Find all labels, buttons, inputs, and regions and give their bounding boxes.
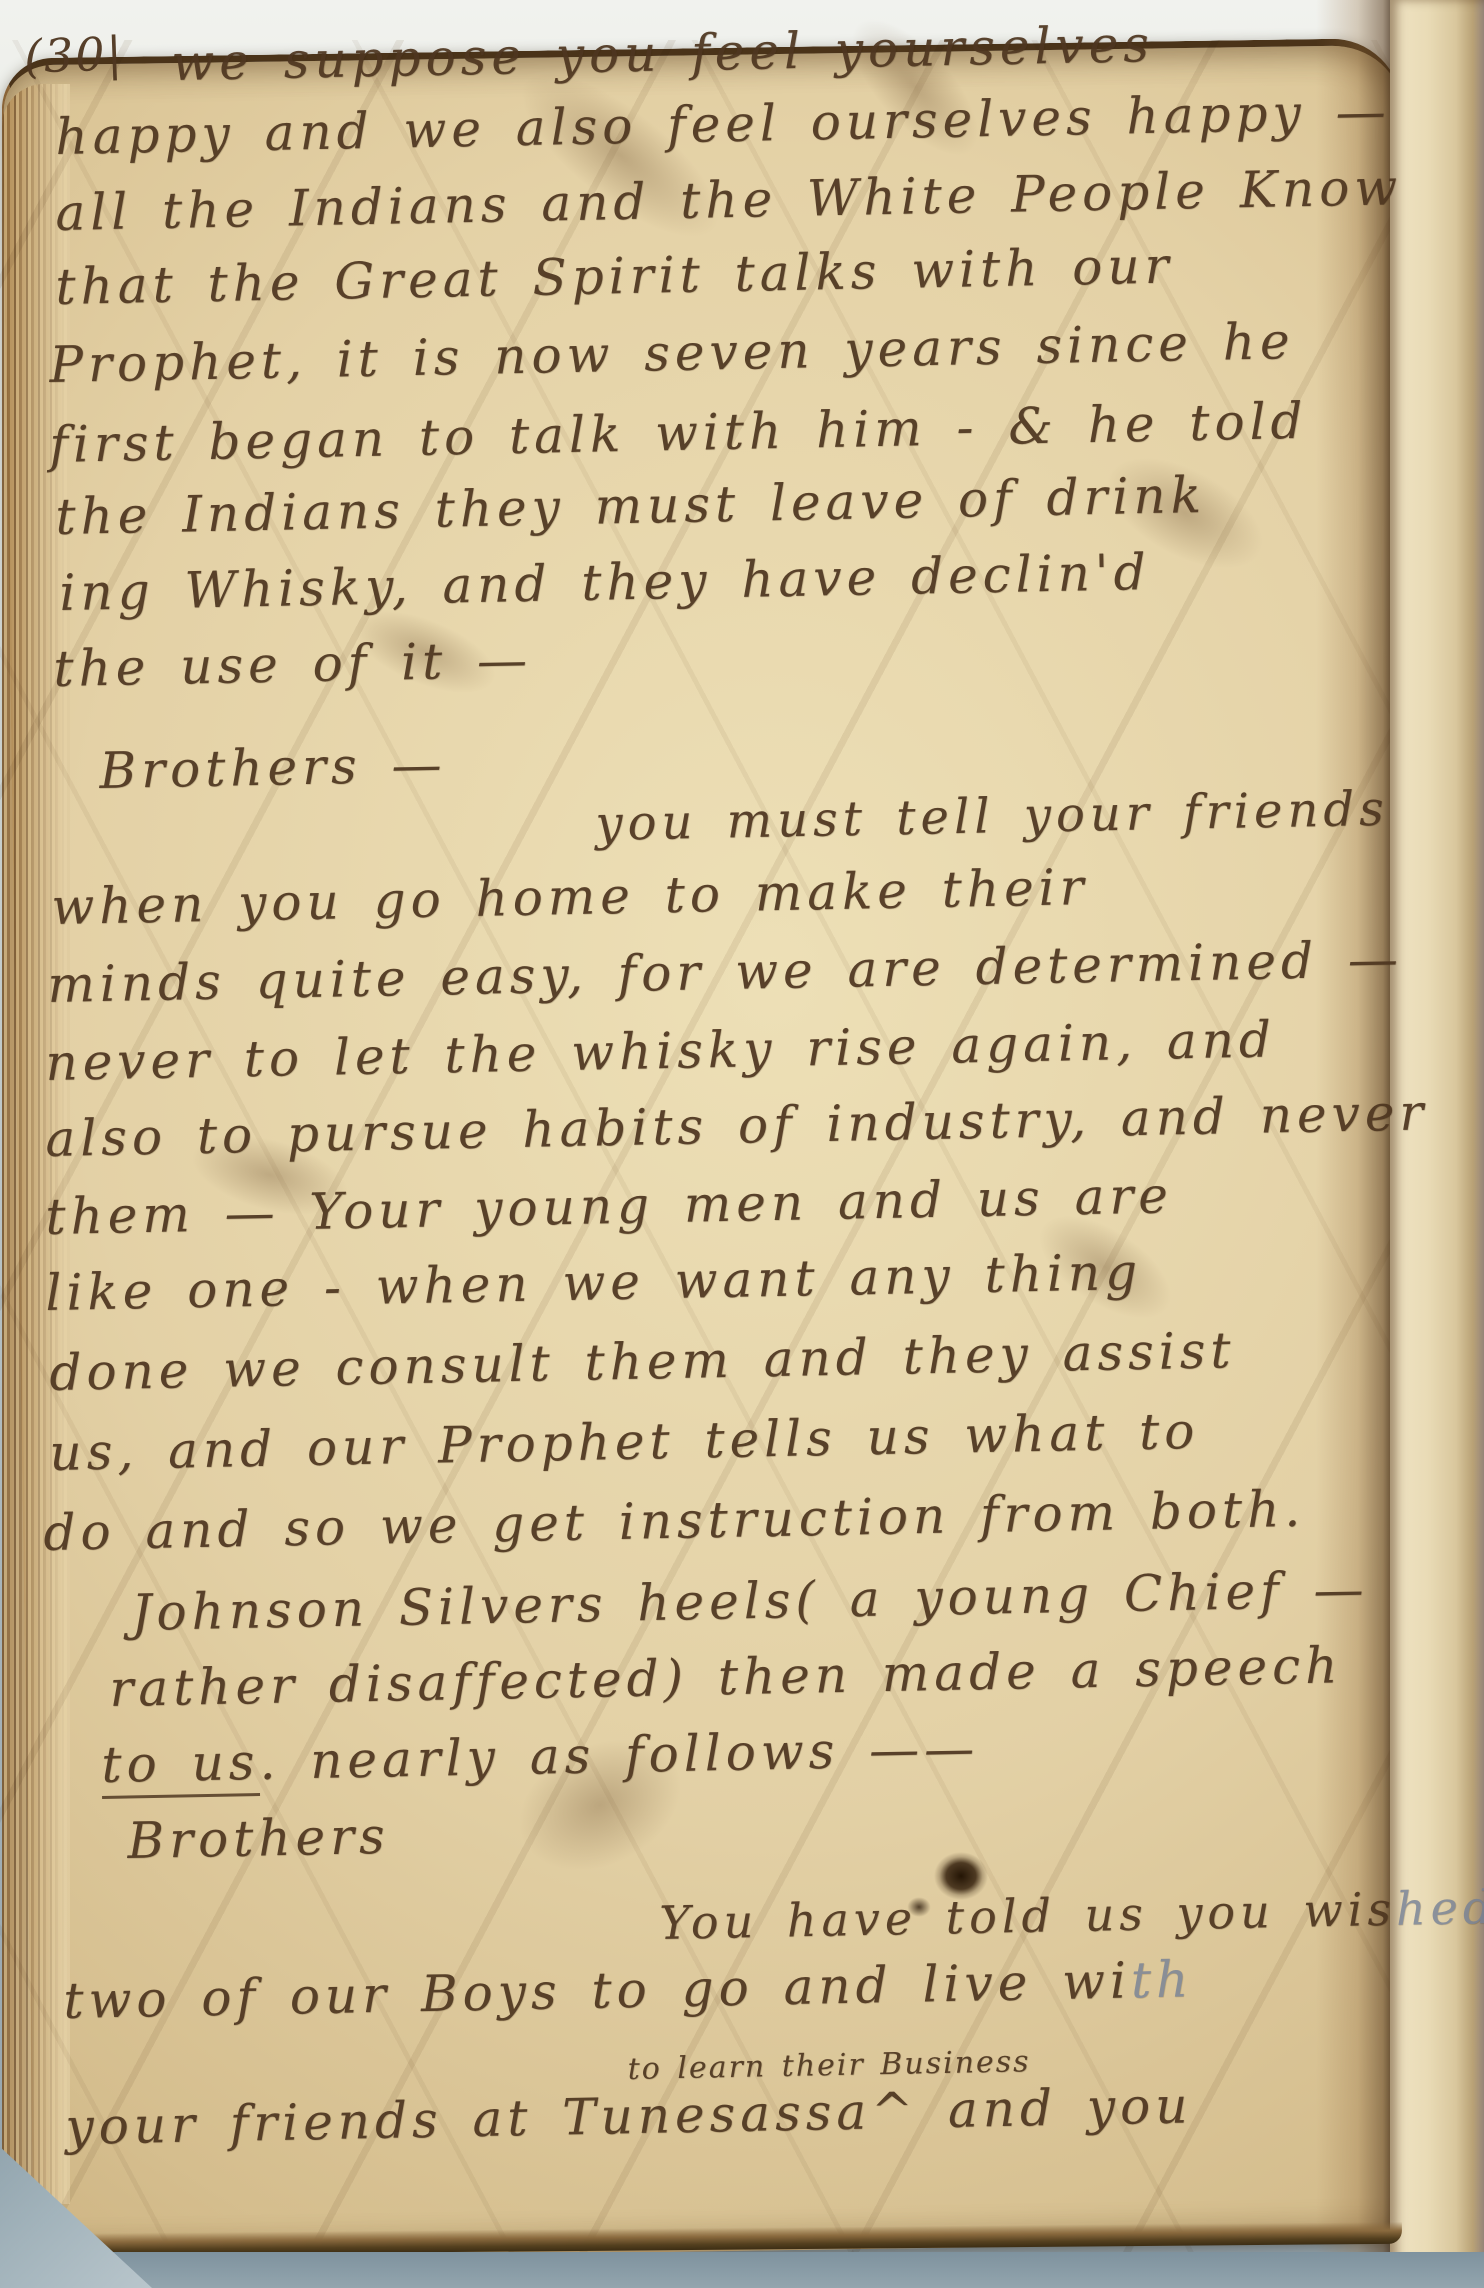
- manuscript-line-segment: first began to talk with him - & he told: [49, 392, 1308, 474]
- manuscript-line: we suppose you feel yourselves: [171, 15, 1155, 92]
- manuscript-line: the use of it —: [53, 631, 533, 698]
- manuscript-line: do and so we get instruction from both.: [43, 1480, 1306, 1562]
- manuscript-line-segment: we suppose you feel yourselves: [171, 15, 1155, 92]
- manuscript-line-segment: never to let the whisky rise again, and: [45, 1010, 1276, 1092]
- manuscript-line: them — Your young men and us are: [45, 1166, 1173, 1246]
- page-number: (30|: [23, 26, 125, 83]
- manuscript-line-segment: done we consult them and they assist: [49, 1321, 1236, 1402]
- manuscript-line-segment: the Indians they must leave of drink: [55, 466, 1207, 546]
- manuscript-line-segment: ing Whisky, and they have declin'd: [59, 543, 1151, 622]
- manuscript-line-segment: Brothers: [127, 1807, 390, 1870]
- manuscript-line-segment: th: [1130, 1950, 1193, 2009]
- manuscript-line: to us. nearly as follows ——: [101, 1719, 980, 1794]
- manuscript-line: first began to talk with him - & he told: [49, 392, 1308, 474]
- manuscript-line-segment: rather disaffected) then made a speech: [109, 1636, 1343, 1718]
- manuscript-line: you must tell your friends: [595, 781, 1389, 852]
- manuscript-line: Brothers: [127, 1807, 390, 1870]
- manuscript-line: minds quite easy, for we are determined …: [47, 930, 1403, 1014]
- manuscript-line: also to pursue habits of industry, and n…: [45, 1083, 1429, 1168]
- manuscript-line-segment: Brothers —: [99, 735, 447, 800]
- manuscript-line-segment: hed: [1395, 1880, 1484, 1936]
- manuscript-line: like one - when we want any thing: [45, 1243, 1143, 1322]
- manuscript-line: rather disaffected) then made a speech: [109, 1636, 1343, 1718]
- manuscript-line: Prophet, it is now seven years since he: [49, 312, 1295, 394]
- manuscript-line: Brothers —: [99, 735, 447, 800]
- manuscript-text: (30| we suppose you feel yourselveshappy…: [0, 0, 1484, 2288]
- manuscript-line: that the Great Spirit talks with our: [55, 237, 1174, 316]
- manuscript-line-segment: the use of it —: [53, 631, 533, 698]
- manuscript-line: Johnson Silvers heels( a young Chief —: [131, 1560, 1369, 1642]
- manuscript-line-segment: them — Your young men and us are: [45, 1166, 1173, 1246]
- manuscript-line: your friends at Tunesassa^ and you: [65, 2076, 1193, 2156]
- manuscript-line-segment: happy and we also feel ourselves happy —: [55, 82, 1391, 166]
- manuscript-line: ing Whisky, and they have declin'd: [59, 543, 1151, 622]
- manuscript-line-segment: when you go home to make their: [51, 858, 1089, 936]
- manuscript-line-segment: Prophet, it is now seven years since he: [49, 312, 1295, 394]
- manuscript-line: all the Indians and the White People Kno…: [55, 158, 1403, 242]
- manuscript-line: two of our Boys to go and live with: [63, 1950, 1194, 2030]
- manuscript-line-segment: you must tell your friends: [595, 781, 1389, 852]
- manuscript-line-segment: . nearly as follows ——: [259, 1719, 980, 1791]
- manuscript-line-segment: your friends at Tunesassa^ and you: [65, 2076, 1193, 2156]
- scanned-manuscript: (30| we suppose you feel yourselveshappy…: [0, 0, 1484, 2288]
- manuscript-line-segment: to us: [101, 1733, 260, 1799]
- manuscript-line: never to let the whisky rise again, and: [45, 1010, 1276, 1092]
- manuscript-line-segment: all the Indians and the White People Kno…: [55, 158, 1403, 242]
- manuscript-line: happy and we also feel ourselves happy —: [55, 82, 1391, 166]
- manuscript-line-segment: also to pursue habits of industry, and n…: [45, 1083, 1429, 1168]
- manuscript-line-segment: that the Great Spirit talks with our: [55, 237, 1174, 316]
- manuscript-line-segment: like one - when we want any thing: [45, 1243, 1143, 1322]
- manuscript-line-segment: two of our Boys to go and live wi: [63, 1952, 1132, 2030]
- manuscript-line: the Indians they must leave of drink: [55, 466, 1207, 546]
- manuscript-line: You have told us you wished: [659, 1880, 1484, 1950]
- manuscript-line: us, and our Prophet tells us what to: [49, 1402, 1200, 1482]
- manuscript-line-segment: do and so we get instruction from both.: [43, 1480, 1306, 1562]
- manuscript-line: when you go home to make their: [51, 858, 1089, 936]
- manuscript-line-segment: You have told us you wis: [659, 1882, 1397, 1950]
- manuscript-line: done we consult them and they assist: [49, 1321, 1236, 1402]
- manuscript-line-segment: minds quite easy, for we are determined …: [47, 930, 1403, 1014]
- manuscript-line-segment: Johnson Silvers heels( a young Chief —: [131, 1560, 1369, 1642]
- manuscript-line-segment: us, and our Prophet tells us what to: [49, 1402, 1200, 1482]
